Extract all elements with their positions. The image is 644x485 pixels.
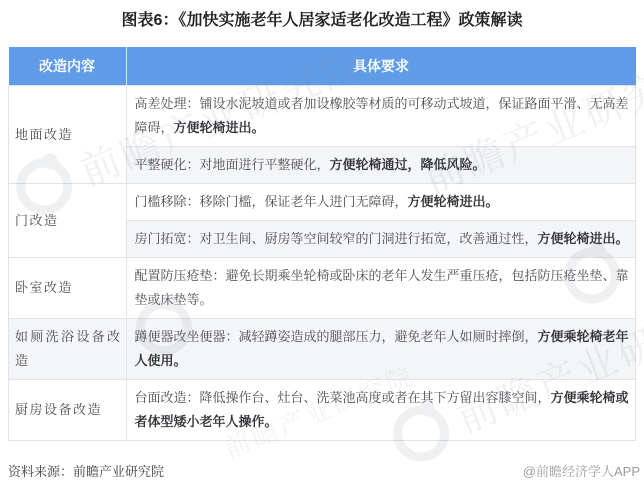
requirement-text: 房门拓宽：对卫生间、厨房等空间较窄的门洞进行拓宽，改善通过性， (135, 231, 538, 246)
requirement-text-emphasis: 方便轮椅进出。 (408, 194, 499, 209)
category-cell: 如厕洗浴设备改造 (9, 319, 127, 380)
table-row: 如厕洗浴设备改造蹲便器改坐便器：减轻蹲姿造成的腿部压力，避免老年人如厕时摔倒，方… (9, 319, 636, 380)
requirement-text: 蹲便器改坐便器：减轻蹲姿造成的腿部压力，避免老年人如厕时摔倒， (135, 329, 538, 344)
table-row: 地面改造高差处理：铺设水泥坡道或者加设橡胶等材质的可移动式坡道，保证路面平滑、无… (9, 86, 636, 147)
category-cell: 门改造 (9, 184, 127, 258)
requirement-cell: 台面改造：降低操作台、灶台、洗菜池高度或者在其下方留出容膝空间，方便乘轮椅或者体… (126, 380, 636, 441)
category-cell: 地面改造 (9, 86, 127, 184)
credit-note: @前瞻经济学人APP (523, 461, 640, 480)
table-body: 地面改造高差处理：铺设水泥坡道或者加设橡胶等材质的可移动式坡道，保证路面平滑、无… (9, 86, 636, 441)
requirement-cell: 平整硬化：对地面进行平整硬化，方便轮椅通过，降低风险。 (126, 147, 636, 184)
table-row: 卧室改造配置防压疮垫：避免长期乘坐轮椅或卧床的老年人发生严重压疮，包括防压疮坐垫… (9, 258, 636, 319)
table-row: 厨房设备改造台面改造：降低操作台、灶台、洗菜池高度或者在其下方留出容膝空间，方便… (9, 380, 636, 441)
figure-page: 前瞻产业研究院 前瞻产业研究院 前瞻产业研究院 前瞻产业研究院 图表6：《加快实… (0, 0, 644, 485)
requirement-cell: 配置防压疮垫：避免长期乘坐轮椅或卧床的老年人发生严重压疮，包括防压疮坐垫、靠垫或… (126, 258, 636, 319)
header-renovation-content: 改造内容 (9, 47, 127, 86)
requirement-text-emphasis: 方便轮椅进出。 (174, 120, 265, 135)
category-cell: 卧室改造 (9, 258, 127, 319)
requirement-text-emphasis: 方便轮椅进出。 (538, 231, 629, 246)
policy-table: 改造内容 具体要求 地面改造高差处理：铺设水泥坡道或者加设橡胶等材质的可移动式坡… (8, 47, 636, 441)
header-specific-requirements: 具体要求 (126, 47, 636, 86)
requirement-cell: 门槛移除：移除门槛，保证老年人进门无障碍，方便轮椅进出。 (126, 184, 636, 221)
table-row: 门改造门槛移除：移除门槛，保证老年人进门无障碍，方便轮椅进出。 (9, 184, 636, 221)
header-row: 改造内容 具体要求 (9, 47, 636, 86)
table-header: 改造内容 具体要求 (9, 47, 636, 86)
requirement-text-emphasis: 方便轮椅通过，降低风险。 (330, 157, 486, 172)
requirement-cell: 房门拓宽：对卫生间、厨房等空间较窄的门洞进行拓宽，改善通过性，方便轮椅进出。 (126, 221, 636, 258)
requirement-text: 门槛移除：移除门槛，保证老年人进门无障碍， (135, 194, 408, 209)
requirement-text: 台面改造：降低操作台、灶台、洗菜池高度或者在其下方留出容膝空间， (135, 390, 551, 405)
requirement-text: 平整硬化：对地面进行平整硬化， (135, 157, 330, 172)
source-note: 资料来源：前瞻产业研究院 (8, 461, 164, 480)
figure-title: 图表6：《加快实施老年人居家适老化改造工程》政策解读 (0, 0, 644, 31)
requirement-text: 配置防压疮垫：避免长期乘坐轮椅或卧床的老年人发生严重压疮，包括防压疮坐垫、靠垫或… (135, 268, 629, 307)
category-cell: 厨房设备改造 (9, 380, 127, 441)
figure-footer: 资料来源：前瞻产业研究院 @前瞻经济学人APP (8, 461, 640, 480)
requirement-cell: 蹲便器改坐便器：减轻蹲姿造成的腿部压力，避免老年人如厕时摔倒，方便乘轮椅老年人使… (126, 319, 636, 380)
requirement-cell: 高差处理：铺设水泥坡道或者加设橡胶等材质的可移动式坡道，保证路面平滑、无高差障碍… (126, 86, 636, 147)
